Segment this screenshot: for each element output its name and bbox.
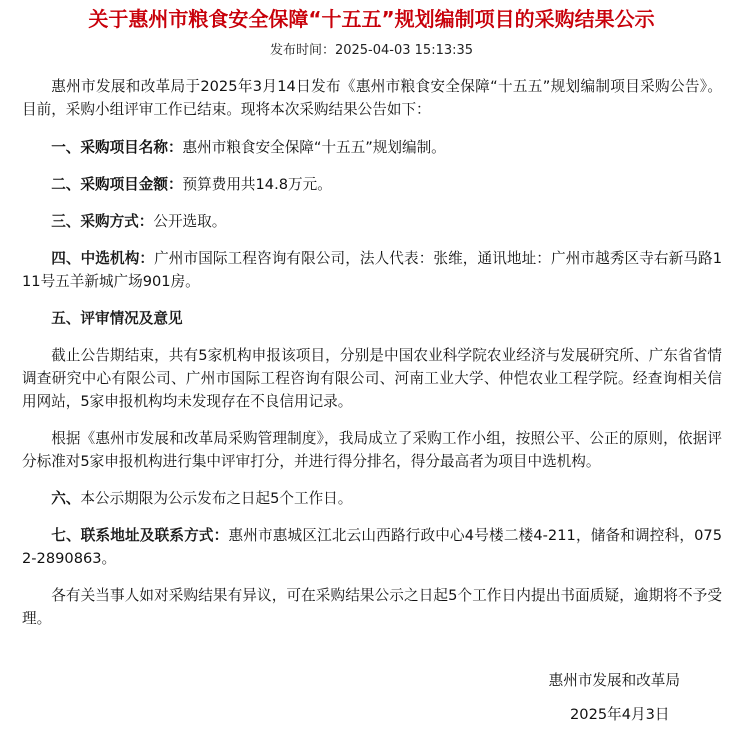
- review-paragraph-1: 截止公告期结束，共有5家机构申报该项目，分别是中国农业科学院农业经济与发展研究所…: [22, 344, 722, 413]
- section-4: 四、中选机构：广州市国际工程咨询有限公司，法人代表：张维，通讯地址：广州市越秀区…: [22, 247, 722, 293]
- article-body: 惠州市发展和改革局于2025年3月14日发布《惠州市粮食安全保障“十五五”规划编…: [22, 75, 722, 644]
- section-5: 五、评审情况及意见: [22, 307, 722, 330]
- issue-date: 2025年4月3日: [570, 703, 670, 726]
- section-3-text: 公开选取。: [153, 213, 226, 230]
- page-title: 关于惠州市粮食安全保障“十五五”规划编制项目的采购结果公示: [0, 6, 743, 32]
- announcement-page: 关于惠州市粮食安全保障“十五五”规划编制项目的采购结果公示 发布时间：2025-…: [0, 0, 743, 740]
- section-6-text: 本公示期限为公示发布之日起5个工作日。: [80, 490, 352, 507]
- section-4-label: 四、中选机构：: [51, 250, 154, 267]
- section-3-label: 三、采购方式：: [51, 213, 153, 230]
- section-1: 一、采购项目名称：惠州市粮食安全保障“十五五”规划编制。: [22, 136, 722, 159]
- intro-paragraph: 惠州市发展和改革局于2025年3月14日发布《惠州市粮食安全保障“十五五”规划编…: [22, 75, 722, 121]
- publish-time-value: 2025-04-03 15:13:35: [335, 43, 473, 58]
- section-2-text: 预算费用共14.8万元。: [183, 176, 332, 193]
- section-7: 七、联系地址及联系方式：惠州市惠城区江北云山西路行政中心4号楼二楼4-211，储…: [22, 524, 722, 570]
- section-2-label: 二、采购项目金额：: [51, 176, 182, 193]
- section-6: 六、本公示期限为公示发布之日起5个工作日。: [22, 487, 722, 510]
- section-1-label: 一、采购项目名称：: [51, 139, 182, 156]
- section-5-label: 五、评审情况及意见: [51, 310, 182, 327]
- section-6-label: 六、: [51, 490, 80, 507]
- section-3: 三、采购方式：公开选取。: [22, 210, 722, 233]
- section-2: 二、采购项目金额：预算费用共14.8万元。: [22, 173, 722, 196]
- issuer-signature: 惠州市发展和改革局: [549, 669, 680, 692]
- review-paragraph-2: 根据《惠州市发展和改革局采购管理制度》，我局成立了采购工作小组，按照公平、公正的…: [22, 427, 722, 473]
- publish-time-label: 发布时间：: [270, 43, 335, 58]
- publish-time: 发布时间：2025-04-03 15:13:35: [0, 42, 743, 60]
- objection-paragraph: 各有关当事人如对采购结果有异议，可在采购结果公示之日起5个工作日内提出书面质疑，…: [22, 584, 722, 630]
- section-7-label: 七、联系地址及联系方式：: [51, 527, 228, 544]
- section-1-text: 惠州市粮食安全保障“十五五”规划编制。: [183, 139, 446, 156]
